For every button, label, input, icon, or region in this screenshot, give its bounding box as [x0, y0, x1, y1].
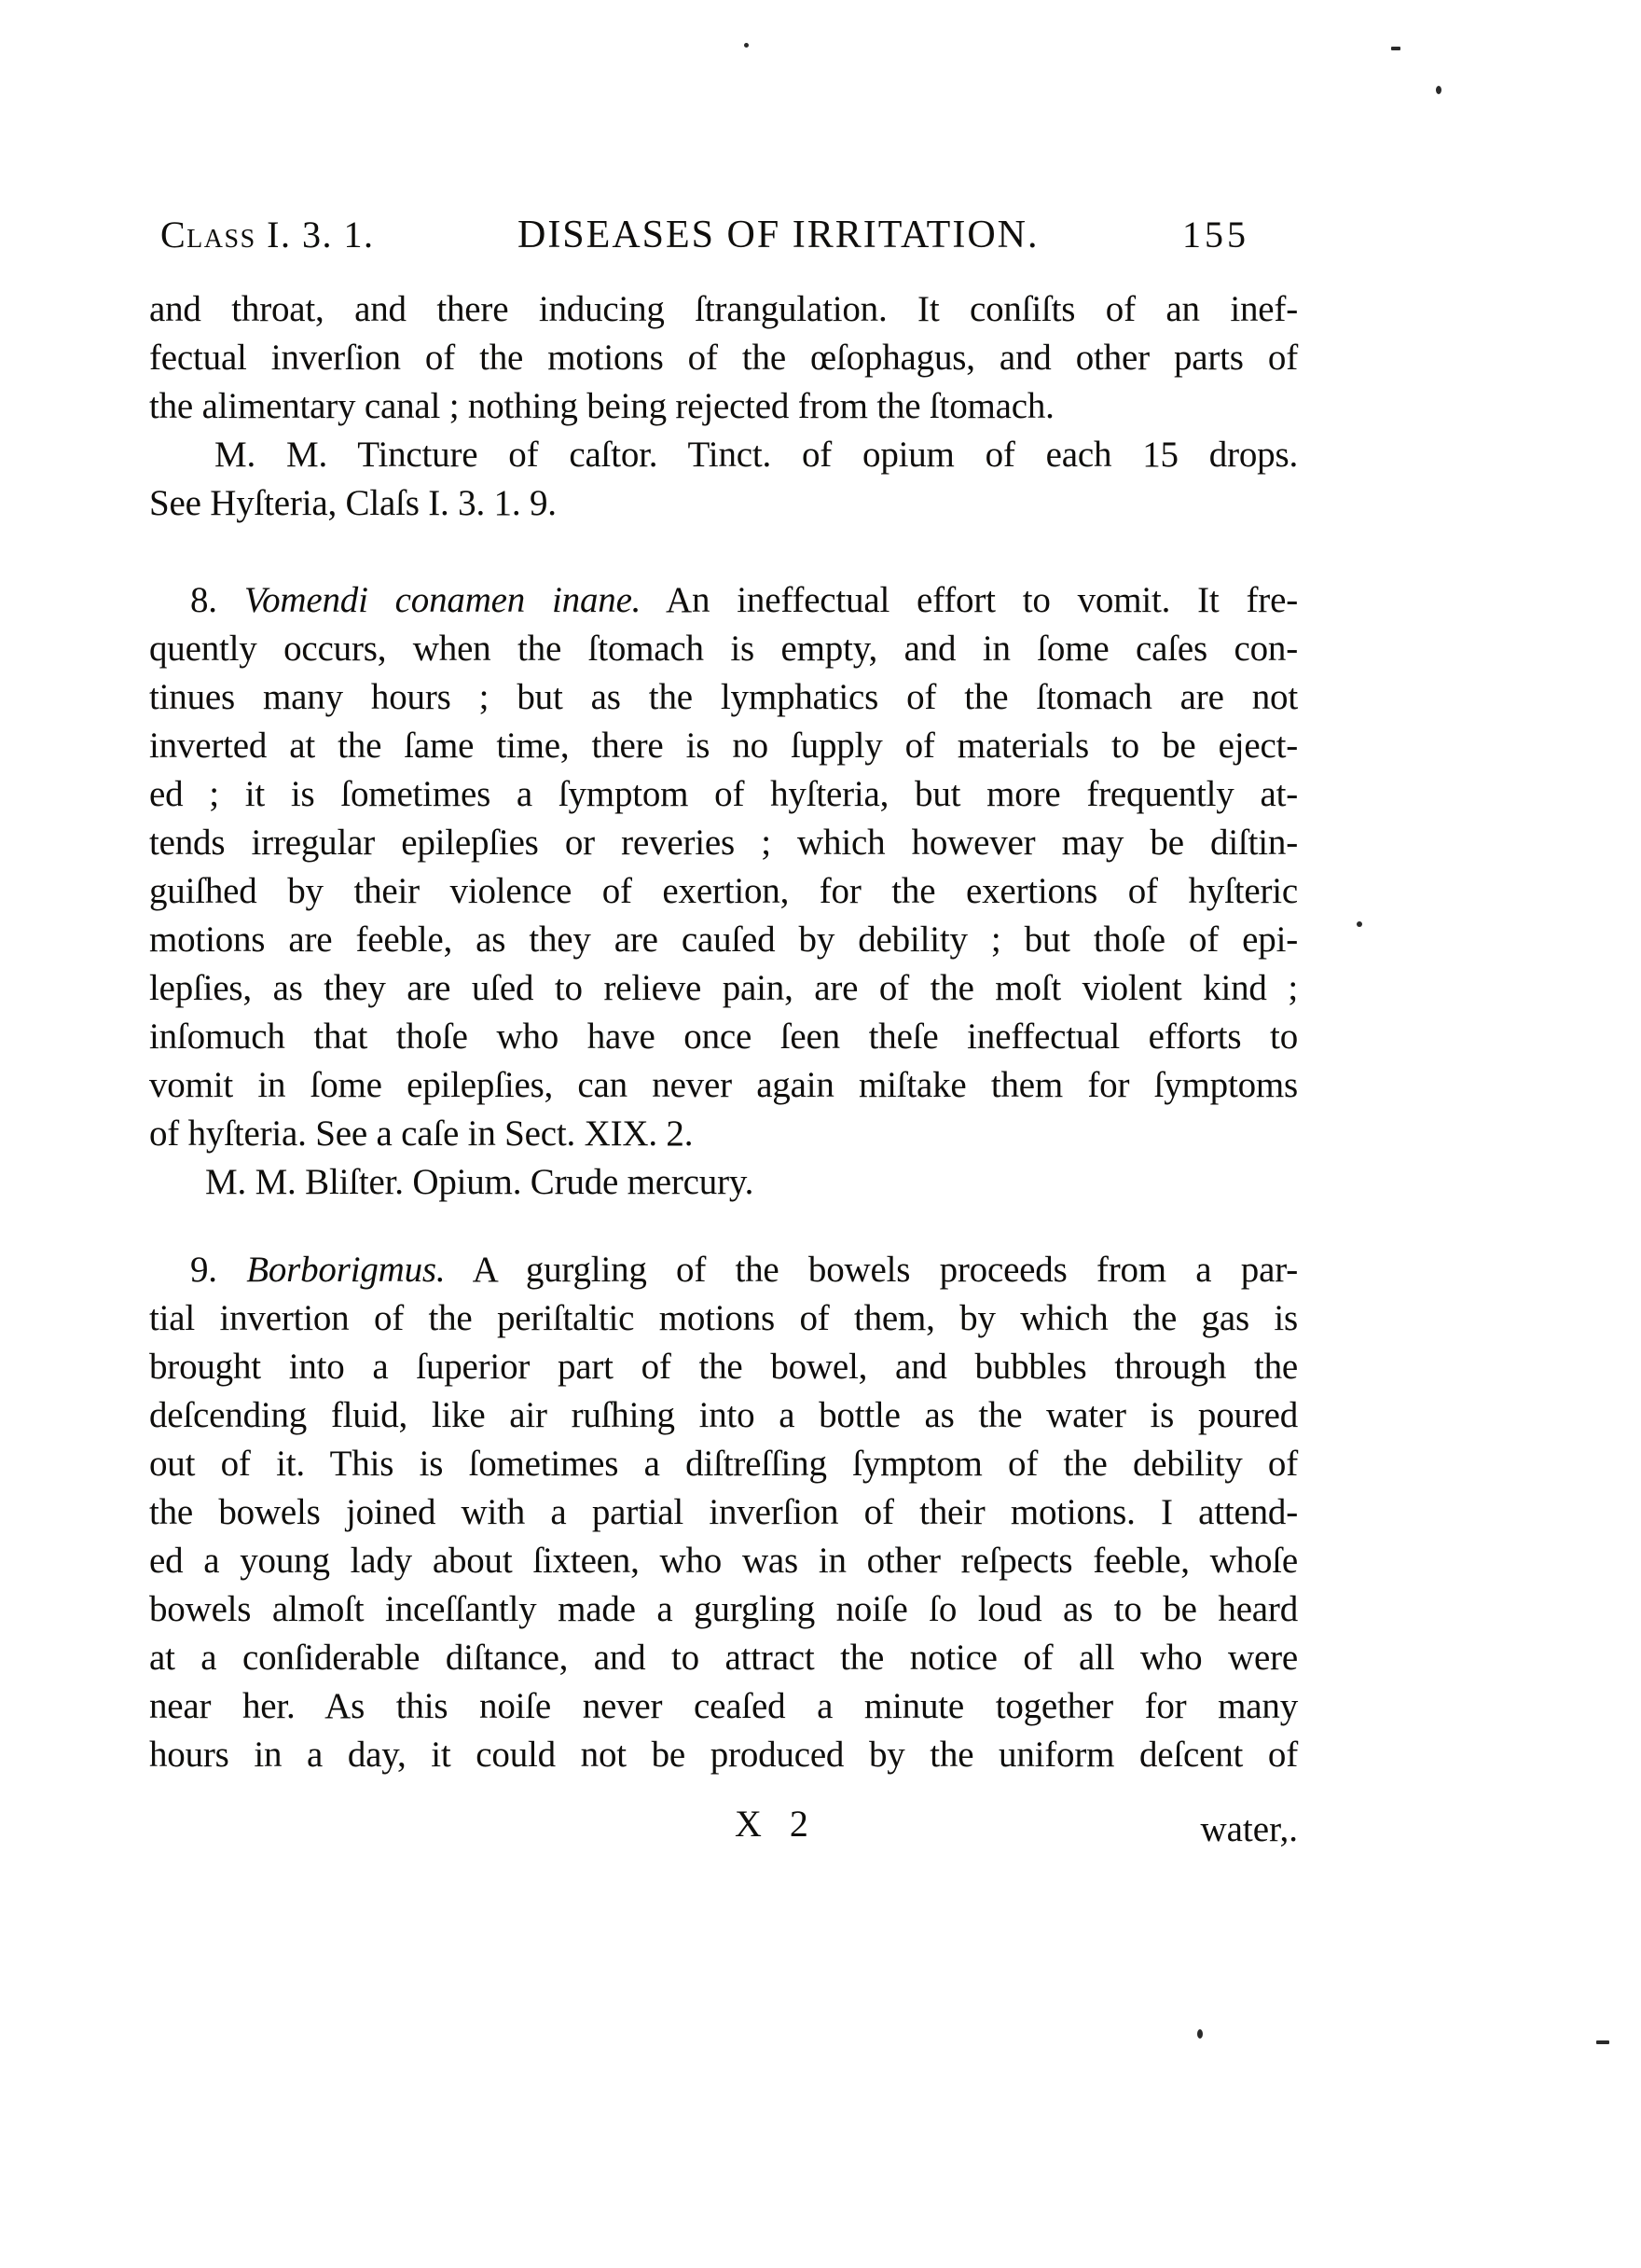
latin-term: Borborigmus.	[246, 1250, 445, 1290]
text-line: quently occurs, when the ſtomach is empt…	[149, 625, 1298, 673]
text-line: lepſies, as they are uſed to relieve pai…	[149, 964, 1298, 1013]
text-line: ed ; it is ſometimes a ſymptom of hyſter…	[149, 770, 1298, 819]
text-segment: fectual inverſion of the motions of the …	[149, 338, 1298, 378]
text-segment: A gurgling of the bowels proceeds from a…	[445, 1250, 1298, 1290]
text-line: See Hyſteria, Claſs I. 3. 1. 9.	[149, 479, 1298, 528]
text-segment: the alimentary canal ; nothing being rej…	[149, 386, 1055, 426]
text-line: the alimentary canal ; nothing being rej…	[149, 382, 1298, 431]
text-segment: 9.	[190, 1250, 246, 1290]
text-block: and throat, and there inducing ſtrangula…	[149, 285, 1298, 1779]
text-line: fectual inverſion of the motions of the …	[149, 334, 1298, 382]
text-segment: 8.	[190, 580, 244, 620]
text-segment: M. M. Bliſter. Opium. Crude mercury.	[205, 1162, 753, 1202]
page-header: Class I. 3. 1. DISEASES OF IRRITATION. 1…	[149, 213, 1298, 257]
text-line: 9. Borborigmus. A gurgling of the bowels…	[149, 1246, 1298, 1294]
book-page: Class I. 3. 1. DISEASES OF IRRITATION. 1…	[0, 0, 1641, 2268]
text-segment: bowels almoſt inceſſantly made a gurglin…	[149, 1589, 1298, 1629]
text-line: hours in a day, it could not be produced…	[149, 1731, 1298, 1779]
text-line: brought into a ſuperior part of the bowe…	[149, 1343, 1298, 1391]
text-segment: lepſies, as they are uſed to relieve pai…	[149, 968, 1298, 1008]
text-segment: inſomuch that thoſe who have once ſeen t…	[149, 1016, 1298, 1057]
text-line: tends irregular epilepſies or reveries ;…	[149, 819, 1298, 867]
text-segment: inverted at the ſame time, there is no ſ…	[149, 726, 1298, 766]
page-number: 155	[1182, 213, 1298, 256]
text-segment: out of it. This is ſometimes a diſtreſſi…	[149, 1444, 1298, 1484]
text-line: 8. Vomendi conamen inane. An ineffectual…	[149, 576, 1298, 625]
text-line: at a conſiderable diſtance, and to attra…	[149, 1634, 1298, 1682]
text-segment: near her. As this noiſe never ceaſed a m…	[149, 1686, 1298, 1726]
text-line: tinues many hours ; but as the lymphatic…	[149, 673, 1298, 722]
text-line: tial invertion of the periſtaltic motion…	[149, 1294, 1298, 1343]
paragraph-continuation: and throat, and there inducing ſtrangula…	[149, 285, 1298, 528]
text-line: near her. As this noiſe never ceaſed a m…	[149, 1682, 1298, 1731]
text-segment: of hyſteria. See a caſe in Sect. XIX. 2.	[149, 1113, 693, 1154]
text-segment: vomit in ſome epilepſies, can never agai…	[149, 1065, 1298, 1105]
text-line: inverted at the ſame time, there is no ſ…	[149, 722, 1298, 770]
scan-speck	[1197, 2029, 1203, 2039]
scan-speck	[1357, 921, 1362, 927]
text-line: out of it. This is ſometimes a diſtreſſi…	[149, 1440, 1298, 1488]
text-segment: guiſhed by their violence of exertion, f…	[149, 871, 1298, 911]
text-segment: and throat, and there inducing ſtrangula…	[149, 289, 1298, 329]
text-segment: M. M. Tincture of caſtor. Tinct. of opiu…	[214, 435, 1298, 475]
text-segment: ed a young lady about ſixteen, who was i…	[149, 1541, 1298, 1581]
text-segment: tinues many hours ; but as the lymphatic…	[149, 677, 1298, 717]
text-segment: See Hyſteria, Claſs I. 3. 1. 9.	[149, 483, 557, 523]
text-line: guiſhed by their violence of exertion, f…	[149, 867, 1298, 916]
text-segment: motions are feeble, as they are cauſed b…	[149, 920, 1298, 960]
text-line: bowels almoſt inceſſantly made a gurglin…	[149, 1585, 1298, 1634]
scan-speck	[1391, 47, 1400, 50]
catchword: water,.	[1200, 1805, 1298, 1854]
scan-speck	[744, 43, 749, 48]
text-segment: hours in a day, it could not be produced…	[149, 1735, 1298, 1775]
text-line: of hyſteria. See a caſe in Sect. XIX. 2.	[149, 1110, 1298, 1158]
text-line: deſcending fluid, like air ruſhing into …	[149, 1391, 1298, 1440]
section-label: Class I. 3. 1.	[149, 213, 374, 256]
signature-mark: X 2	[735, 1800, 818, 1848]
text-line: inſomuch that thoſe who have once ſeen t…	[149, 1013, 1298, 1061]
text-segment: quently occurs, when the ſtomach is empt…	[149, 629, 1298, 669]
text-line: and throat, and there inducing ſtrangula…	[149, 285, 1298, 334]
running-title: DISEASES OF IRRITATION.	[517, 213, 1040, 257]
text-segment: deſcending fluid, like air ruſhing into …	[149, 1395, 1298, 1435]
text-segment: the bowels joined with a partial inverſi…	[149, 1492, 1298, 1532]
text-line: M. M. Bliſter. Opium. Crude mercury.	[149, 1158, 1298, 1207]
scan-speck	[1436, 86, 1441, 94]
text-line: vomit in ſome epilepſies, can never agai…	[149, 1061, 1298, 1110]
section-9-borborigmus: 9. Borborigmus. A gurgling of the bowels…	[149, 1246, 1298, 1779]
text-line: motions are feeble, as they are cauſed b…	[149, 916, 1298, 964]
section-8-vomendi-conamen-inane: 8. Vomendi conamen inane. An ineffectual…	[149, 576, 1298, 1207]
text-segment: brought into a ſuperior part of the bowe…	[149, 1347, 1298, 1387]
text-segment: An ineffectual effort to vomit. It fre-	[641, 580, 1298, 620]
text-segment: ed ; it is ſometimes a ſymptom of hyſter…	[149, 774, 1298, 814]
text-segment: tial invertion of the periſtaltic motion…	[149, 1298, 1298, 1338]
text-line: ed a young lady about ſixteen, who was i…	[149, 1537, 1298, 1585]
text-line: M. M. Tincture of caſtor. Tinct. of opiu…	[149, 431, 1298, 479]
text-line: the bowels joined with a partial inverſi…	[149, 1488, 1298, 1537]
latin-term: Vomendi conamen inane.	[244, 580, 641, 620]
scan-speck	[1596, 2040, 1609, 2044]
text-segment: tends irregular epilepſies or reveries ;…	[149, 823, 1298, 863]
page-footer: X 2 water,.	[149, 1800, 1298, 1848]
text-segment: at a conſiderable diſtance, and to attra…	[149, 1638, 1298, 1678]
